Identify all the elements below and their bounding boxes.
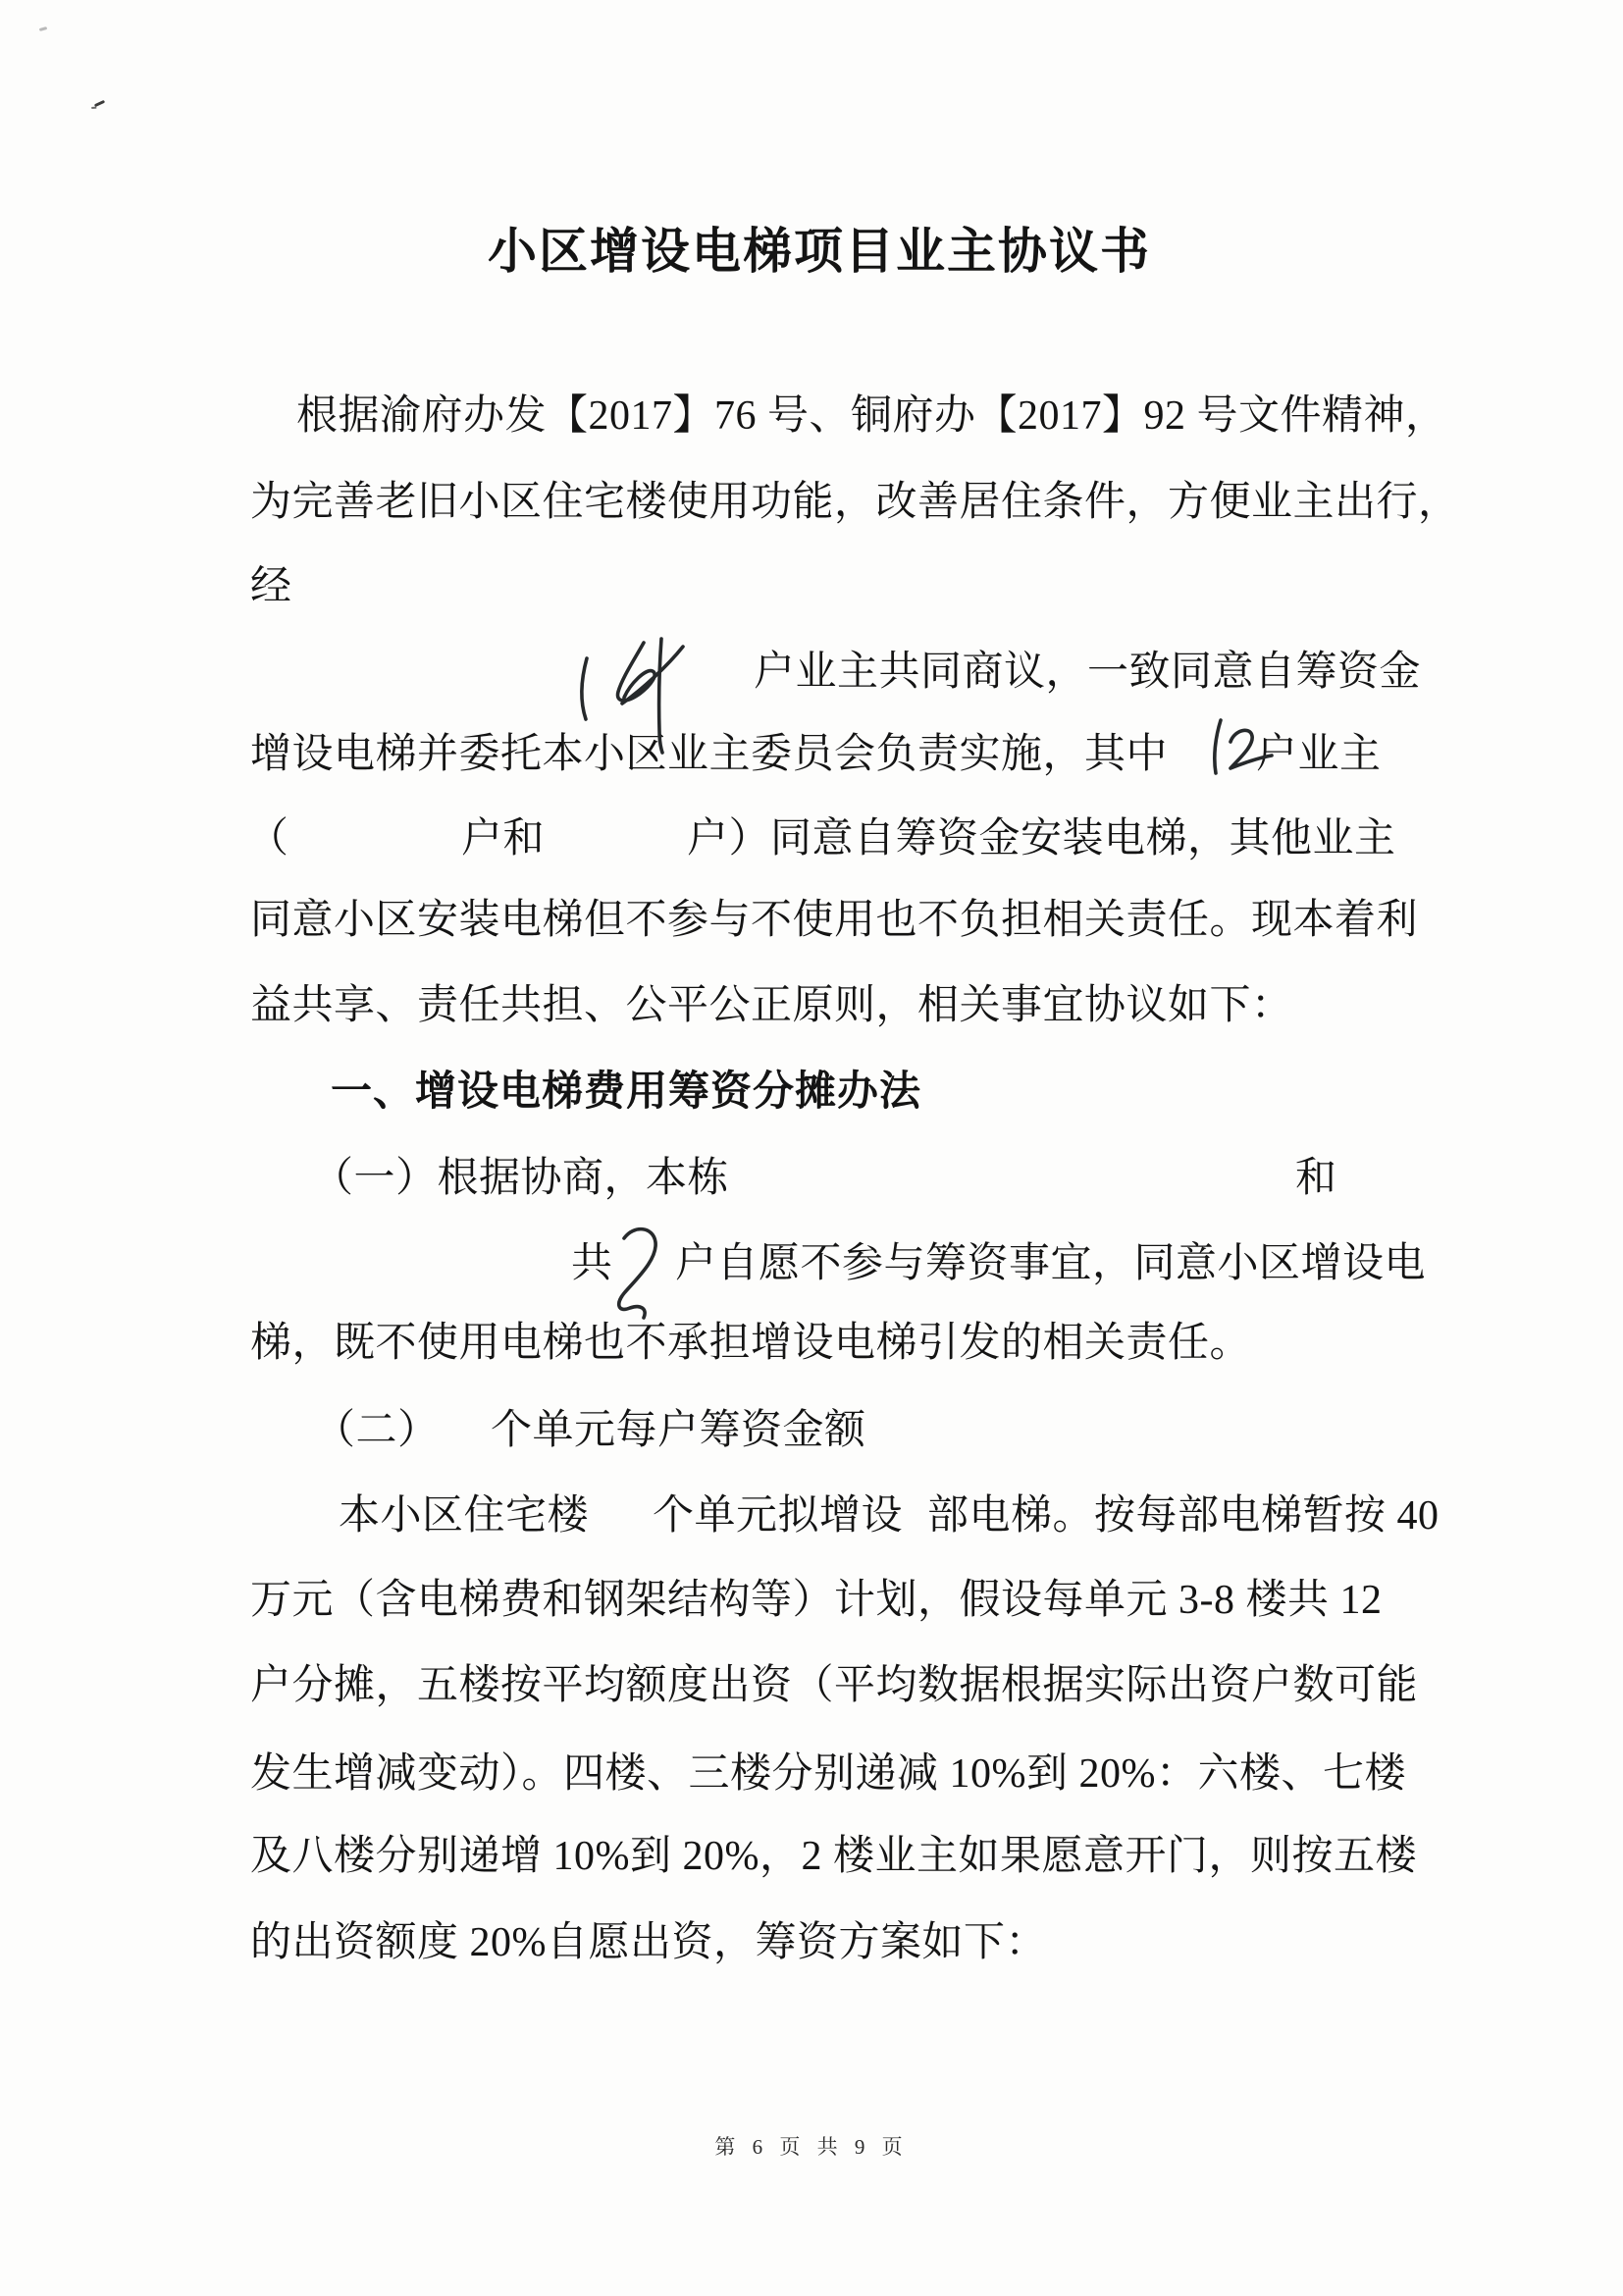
paragraph-line: （一）根据协商，本栋 <box>312 1155 729 1202</box>
paragraph-line: 根据渝府办发【2017】76 号、铜府办【2017】92 号文件精神， <box>296 392 1447 440</box>
scan-speck <box>39 26 48 31</box>
item-heading: （二） <box>314 1407 440 1454</box>
document-title: 小区增设电梯项目业主协议书 <box>8 212 1623 283</box>
paragraph-line: 户业主共同商议，一致同意自筹资金 <box>754 649 1421 696</box>
paragraph-line: 同意小区安装电梯但不参与不使用也不负担相关责任。现本着利 <box>250 897 1418 944</box>
scan-speck <box>94 100 105 107</box>
page-number: 第 6 页 共 9 页 <box>0 2131 1623 2161</box>
paragraph-line: 本小区住宅楼 <box>339 1492 589 1539</box>
paragraph-line: 为完善老旧小区住宅楼使用功能，改善居住条件，方便业主出行， <box>250 479 1460 526</box>
paragraph-line: 及八楼分别递增 10%到 20%，2 楼业主如果愿意开门，则按五楼 <box>250 1833 1417 1880</box>
paragraph-line: 个单元拟增设 <box>653 1492 903 1539</box>
paragraph-line blank-households: 户和 <box>461 815 545 862</box>
paragraph-line: 万元（含电梯费和钢架结构等）计划，假设每单元 3-8 楼共 12 <box>250 1577 1383 1624</box>
item-heading: 个单元每户筹资金额 <box>491 1407 866 1454</box>
paragraph-line: 户）同意自筹资金安装电梯，其他业主 <box>687 815 1396 862</box>
paragraph-line blank-open-paren: （ <box>247 815 289 862</box>
section-heading: 一、增设电梯费用筹资分摊办法 <box>331 1069 921 1116</box>
handwritten-12 <box>1207 712 1278 783</box>
paragraph-line: 梯，既不使用电梯也不承担增设电梯引发的相关责任。 <box>250 1320 1251 1367</box>
paragraph-line: 户自愿不参与筹资事宜，同意小区增设电 <box>675 1240 1426 1287</box>
paragraph-line: 户分摊，五楼按平均额度出资（平均数据根据实际出资户数可能 <box>250 1662 1418 1709</box>
scanned-document-page: 小区增设电梯项目业主协议书 根据渝府办发【2017】76 号、铜府办【2017】… <box>0 0 1623 2296</box>
paragraph-line: 发生增减变动）。四楼、三楼分别递减 10%到 20%：六楼、七楼 <box>250 1750 1406 1798</box>
paragraph-line: 部电梯。按每部电梯暂按 40 <box>927 1492 1440 1539</box>
paragraph-line: 增设电梯并委托本小区业主委员会负责实施，其中 <box>250 731 1168 778</box>
handwritten-2 <box>595 1225 688 1323</box>
paragraph-line: 和 <box>1295 1155 1337 1202</box>
paragraph-line: 的出资额度 20%自愿出资，筹资方案如下： <box>250 1919 1047 1966</box>
paragraph-line: 经 <box>250 563 292 610</box>
handwritten-14 <box>567 633 700 762</box>
paragraph-line: 益共享、责任共担、公平公正原则，相关事宜协议如下： <box>250 982 1293 1029</box>
